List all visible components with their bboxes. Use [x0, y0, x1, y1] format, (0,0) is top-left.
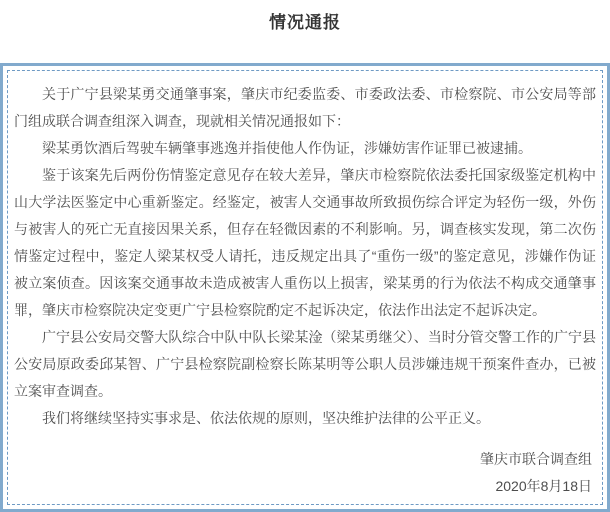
signature-organization: 肇庆市联合调查组: [14, 446, 596, 473]
signature-block: 肇庆市联合调查组 2020年8月18日: [14, 446, 596, 500]
notice-border-box: 关于广宁县梁某勇交通肇事案，肇庆市纪委监委、市委政法委、市检察院、市公安局等部门…: [0, 63, 610, 512]
notice-paragraph-arrest: 梁某勇饮酒后驾驶车辆肇事逃逸并指使他人作伪证，涉嫌妨害作证罪已被逮捕。: [14, 135, 596, 162]
notice-content: 关于广宁县梁某勇交通肇事案，肇庆市纪委监委、市委政法委、市检察院、市公安局等部门…: [7, 70, 603, 505]
page-title: 情况通报: [0, 0, 610, 63]
notice-paragraph-appraisal: 鉴于该案先后两份伤情鉴定意见存在较大差异，肇庆市检察院依法委托国家级鉴定机构中山…: [14, 162, 596, 324]
notice-page: 情况通报 关于广宁县梁某勇交通肇事案，肇庆市纪委监委、市委政法委、市检察院、市公…: [0, 0, 610, 512]
signature-date: 2020年8月18日: [14, 473, 596, 500]
notice-paragraph-officials: 广宁县公安局交警大队综合中队中队长梁某淦（梁某勇继父）、当时分管交警工作的广宁县…: [14, 324, 596, 405]
notice-paragraph-intro: 关于广宁县梁某勇交通肇事案，肇庆市纪委监委、市委政法委、市检察院、市公安局等部门…: [14, 81, 596, 135]
notice-paragraph-closing: 我们将继续坚持实事求是、依法依规的原则，坚决维护法律的公平正义。: [14, 405, 596, 432]
